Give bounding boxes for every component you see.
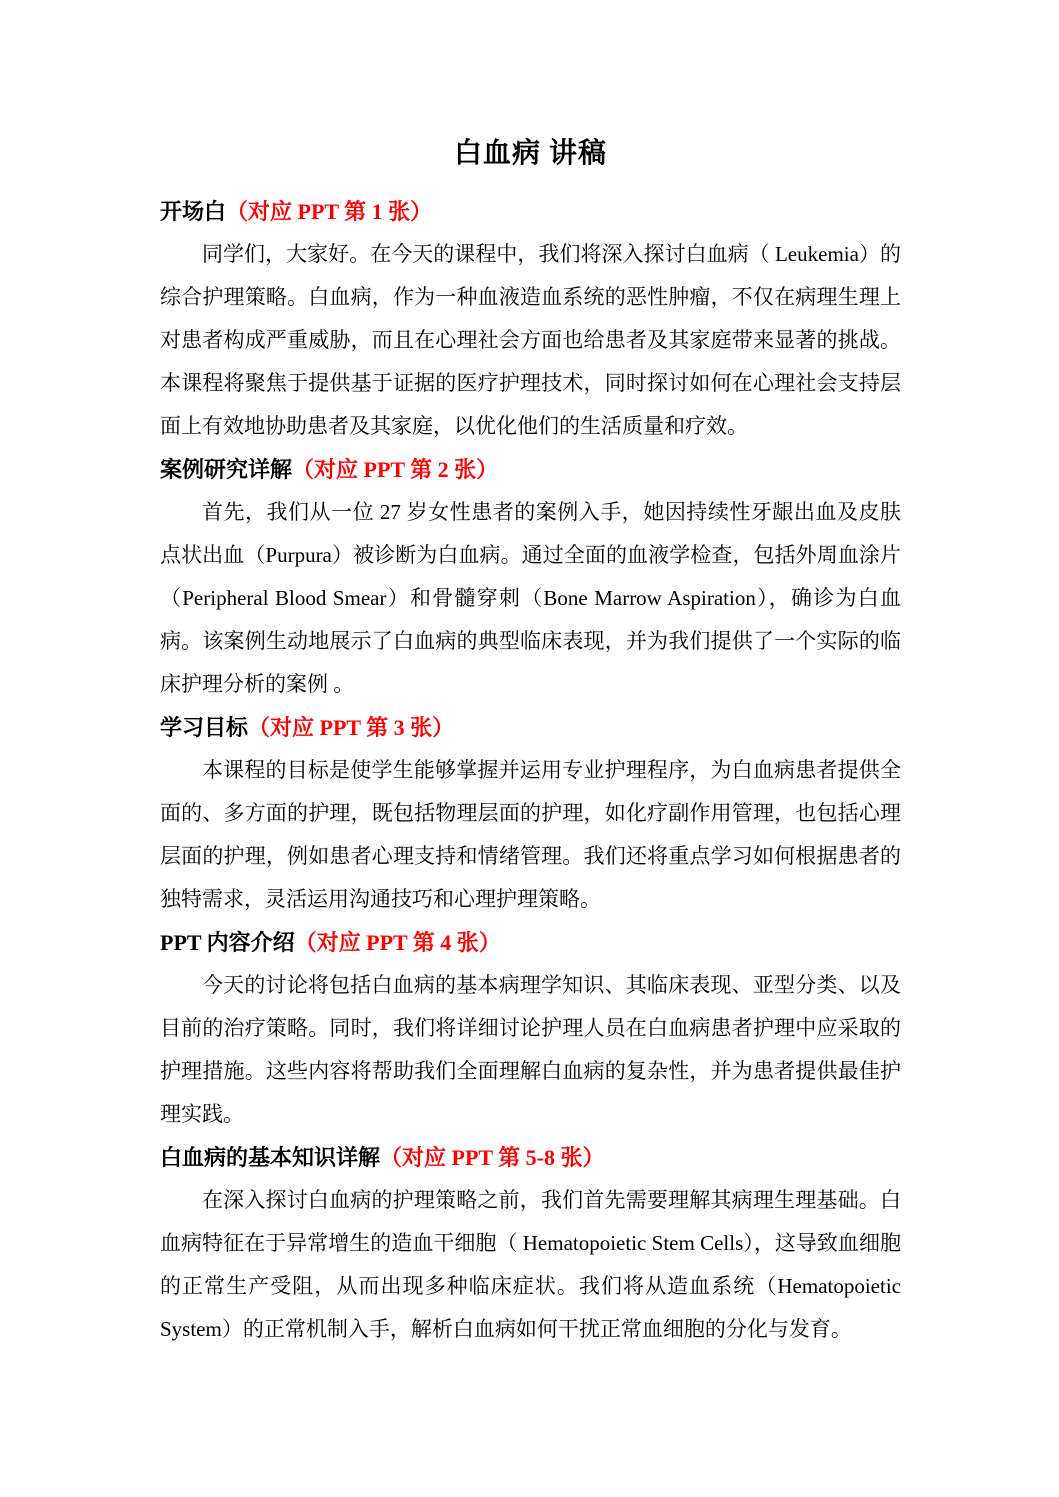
document-page: 白血病 讲稿 开场白（对应 PPT 第 1 张） 同学们，大家好。在今天的课程中… [0, 0, 1059, 1497]
section-heading: 开场白（对应 PPT 第 1 张） [160, 190, 901, 233]
section-learning-objectives: 学习目标（对应 PPT 第 3 张） 本课程的目标是使学生能够掌握并运用专业护理… [160, 706, 901, 921]
body-paragraph: 今天的讨论将包括白血病的基本病理学知识、其临床表现、亚型分类、以及目前的治疗策略… [160, 964, 901, 1136]
section-heading-text: PPT 内容介绍 [160, 930, 295, 955]
section-heading-text: 白血病的基本知识详解 [160, 1145, 380, 1170]
body-paragraph: 首先，我们从一位 27 岁女性患者的案例入手，她因持续性牙龈出血及皮肤点状出血（… [160, 491, 901, 706]
ppt-slide-note: （对应 PPT 第 3 张） [248, 715, 454, 740]
section-case-study: 案例研究详解（对应 PPT 第 2 张） 首先，我们从一位 27 岁女性患者的案… [160, 448, 901, 706]
ppt-slide-note: （对应 PPT 第 1 张） [226, 199, 432, 224]
section-heading: 案例研究详解（对应 PPT 第 2 张） [160, 448, 901, 491]
ppt-slide-note: （对应 PPT 第 2 张） [292, 457, 498, 482]
section-heading: 白血病的基本知识详解（对应 PPT 第 5-8 张） [160, 1136, 901, 1179]
section-heading-text: 开场白 [160, 199, 226, 224]
section-heading: 学习目标（对应 PPT 第 3 张） [160, 706, 901, 749]
ppt-slide-note: （对应 PPT 第 4 张） [295, 930, 501, 955]
section-heading-text: 案例研究详解 [160, 457, 292, 482]
ppt-slide-note: （对应 PPT 第 5-8 张） [380, 1145, 604, 1170]
body-paragraph: 本课程的目标是使学生能够掌握并运用专业护理程序，为白血病患者提供全面的、多方面的… [160, 749, 901, 921]
section-heading: PPT 内容介绍（对应 PPT 第 4 张） [160, 921, 901, 964]
section-ppt-contents: PPT 内容介绍（对应 PPT 第 4 张） 今天的讨论将包括白血病的基本病理学… [160, 921, 901, 1136]
body-paragraph: 同学们，大家好。在今天的课程中，我们将深入探讨白血病（ Leukemia）的综合… [160, 233, 901, 448]
document-title: 白血病 讲稿 [160, 130, 901, 178]
section-basic-knowledge: 白血病的基本知识详解（对应 PPT 第 5-8 张） 在深入探讨白血病的护理策略… [160, 1136, 901, 1351]
section-heading-text: 学习目标 [160, 715, 248, 740]
section-opening: 开场白（对应 PPT 第 1 张） 同学们，大家好。在今天的课程中，我们将深入探… [160, 190, 901, 448]
body-paragraph: 在深入探讨白血病的护理策略之前，我们首先需要理解其病理生理基础。白血病特征在于异… [160, 1179, 901, 1351]
